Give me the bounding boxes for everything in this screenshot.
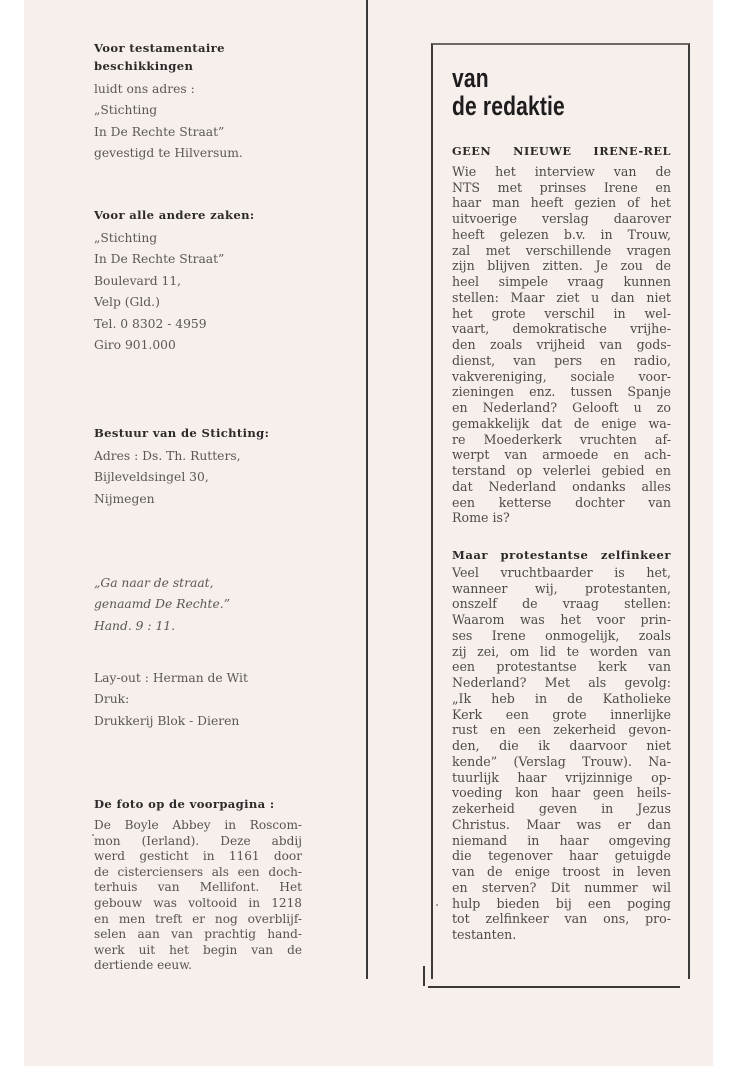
text-line: Drukkerij Blok - Dieren — [94, 711, 324, 732]
text-line: heel simpele vraag kunnen — [452, 274, 671, 290]
text-line: vakvereniging, sociale voor- — [452, 369, 671, 385]
text-line: een protestantse kerk van — [452, 659, 671, 675]
text-line: die tegenover haar getuigde — [452, 848, 671, 864]
text-line: het grote verschil in wel- — [452, 306, 671, 322]
other-matters-section: Voor alle andere zaken: „StichtingIn De … — [94, 206, 324, 356]
bible-quote: „Ga naar de straat,genaamd De Rechte.”Ha… — [94, 573, 324, 637]
editorial-box-bottom-rule — [428, 986, 680, 988]
section-2-heading: Maar protestantse zelfinkeer — [452, 548, 671, 564]
editorial-box-corner-rule — [423, 966, 425, 986]
text-line: hulp bieden bij een poging — [452, 896, 671, 912]
text-line: luidt ons adres : — [94, 79, 324, 100]
text-line: en sterven? Dit nummer wil — [452, 880, 671, 896]
text-line: kende” (Verslag Trouw). Na- — [452, 754, 671, 770]
board-heading: Bestuur van de Stichting: — [94, 424, 324, 442]
text-line: re Moederkerk vruchten af- — [452, 432, 671, 448]
text-line: zij zei, om lid te worden van — [452, 644, 671, 660]
text-line: een ketterse dochter van — [452, 495, 671, 511]
text-line: dertiende eeuw. — [94, 958, 302, 974]
text-line: van de enige troost in leven — [452, 864, 671, 880]
editorial-title: van de redaktie — [452, 64, 565, 120]
text-line: rust en een zekerheid gevon- — [452, 722, 671, 738]
text-line: haar man heeft gezien of het — [452, 195, 671, 211]
testament-heading: Voor testamentaire beschikkingen — [94, 39, 324, 75]
text-line: wanneer wij, protestanten, — [452, 581, 671, 597]
text-line: werd gesticht in 1161 door — [94, 849, 302, 865]
text-line: selen aan van prachtig hand- — [94, 927, 302, 943]
print-speck — [92, 834, 94, 836]
text-line: NTS met prinses Irene en — [452, 180, 671, 196]
text-line: Giro 901.000 — [94, 335, 324, 356]
board-section: Bestuur van de Stichting: Adres : Ds. Th… — [94, 424, 324, 510]
text-line: Kerk een grote innerlijke — [452, 707, 671, 723]
text-line: De Boyle Abbey in Roscom- — [94, 818, 302, 834]
text-line: dienst, van pers en radio, — [452, 353, 671, 369]
text-line: Boulevard 11, — [94, 271, 324, 292]
text-line: mon (Ierland). Deze abdij — [94, 834, 302, 850]
cover-photo-section: De foto op de voorpagina : De Boyle Abbe… — [94, 795, 324, 974]
text-line: Nederland? Met als gevolg: — [452, 675, 671, 691]
text-line: terstand op velerlei gebied en — [452, 463, 671, 479]
text-line: zijn blijven zitten. Je zou de — [452, 258, 671, 274]
text-line: „Ga naar de straat, — [94, 573, 324, 594]
testament-section: Voor testamentaire beschikkingen luidt o… — [94, 39, 324, 165]
text-line: gebouw was voltooid in 1218 — [94, 896, 302, 912]
text-line: Hand. 9 : 11. — [94, 616, 324, 637]
text-line: „Stichting — [94, 228, 324, 249]
text-line: de cisterciensers als een doch- — [94, 865, 302, 881]
editorial-section-1: GEEN NIEUWE IRENE-REL Wie het interview … — [452, 144, 671, 526]
text-line: uitvoerige verslag daarover — [452, 211, 671, 227]
text-line: vaart, demokratische vrijhe- — [452, 321, 671, 337]
text-line: dat Nederland ondanks alles — [452, 479, 671, 495]
text-line: stellen: Maar ziet u dan niet — [452, 290, 671, 306]
text-line: zieningen enz. tussen Spanje — [452, 384, 671, 400]
text-line: Veel vruchtbaarder is het, — [452, 565, 671, 581]
text-line: In De Rechte Straat” — [94, 122, 324, 143]
text-line: Druk: — [94, 689, 324, 710]
text-line: Tel. 0 8302 - 4959 — [94, 314, 324, 335]
text-line: niemand in haar omgeving — [452, 833, 671, 849]
text-line: Rome is? — [452, 510, 671, 526]
text-line: ses Irene onmogelijk, zoals — [452, 628, 671, 644]
text-line: onszelf de vraag stellen: — [452, 596, 671, 612]
text-line: Bijleveldsingel 30, — [94, 467, 324, 488]
text-line: „Stichting — [94, 100, 324, 121]
text-line: Nijmegen — [94, 489, 324, 510]
text-line: tot zelfinkeer van ons, pro- — [452, 911, 671, 927]
text-line: voeding kon haar geen heils- — [452, 785, 671, 801]
column-divider — [366, 0, 368, 979]
text-line: Lay-out : Herman de Wit — [94, 668, 324, 689]
text-line: en men treft er nog overblijf- — [94, 912, 302, 928]
text-line: zal met verschillende vragen — [452, 243, 671, 259]
text-line: gevestigd te Hilversum. — [94, 143, 324, 164]
print-speck — [436, 904, 438, 906]
text-line: heeft gelezen b.v. in Trouw, — [452, 227, 671, 243]
text-line: Velp (Gld.) — [94, 292, 324, 313]
text-line: gemakkelijk dat de enige wa- — [452, 416, 671, 432]
text-line: Waarom was het voor prin- — [452, 612, 671, 628]
text-line: den, die ik daarvoor niet — [452, 738, 671, 754]
text-line: werpt van armoede en ach- — [452, 447, 671, 463]
text-line: werk uit het begin van de — [94, 943, 302, 959]
text-line: den zoals vrijheid van gods- — [452, 337, 671, 353]
text-line: Christus. Maar was er dan — [452, 817, 671, 833]
section-1-heading: GEEN NIEUWE IRENE-REL — [452, 144, 671, 160]
text-line: Wie het interview van de — [452, 164, 671, 180]
text-line: tuurlijk haar vrijzinnige op- — [452, 770, 671, 786]
text-line: testanten. — [452, 927, 671, 943]
text-line: In De Rechte Straat” — [94, 249, 324, 270]
text-line: Adres : Ds. Th. Rutters, — [94, 446, 324, 467]
text-line: „Ik heb in de Katholieke — [452, 691, 671, 707]
editorial-section-2: Maar protestantse zelfinkeer Veel vrucht… — [452, 548, 671, 943]
text-line: en Nederland? Gelooft u zo — [452, 400, 671, 416]
text-line: zekerheid geven in Jezus — [452, 801, 671, 817]
other-matters-heading: Voor alle andere zaken: — [94, 206, 324, 224]
text-line: genaamd De Rechte.” — [94, 594, 324, 615]
cover-photo-heading: De foto op de voorpagina : — [94, 795, 324, 813]
credits-section: Lay-out : Herman de WitDruk:Drukkerij Bl… — [94, 668, 324, 732]
text-line: terhuis van Mellifont. Het — [94, 880, 302, 896]
